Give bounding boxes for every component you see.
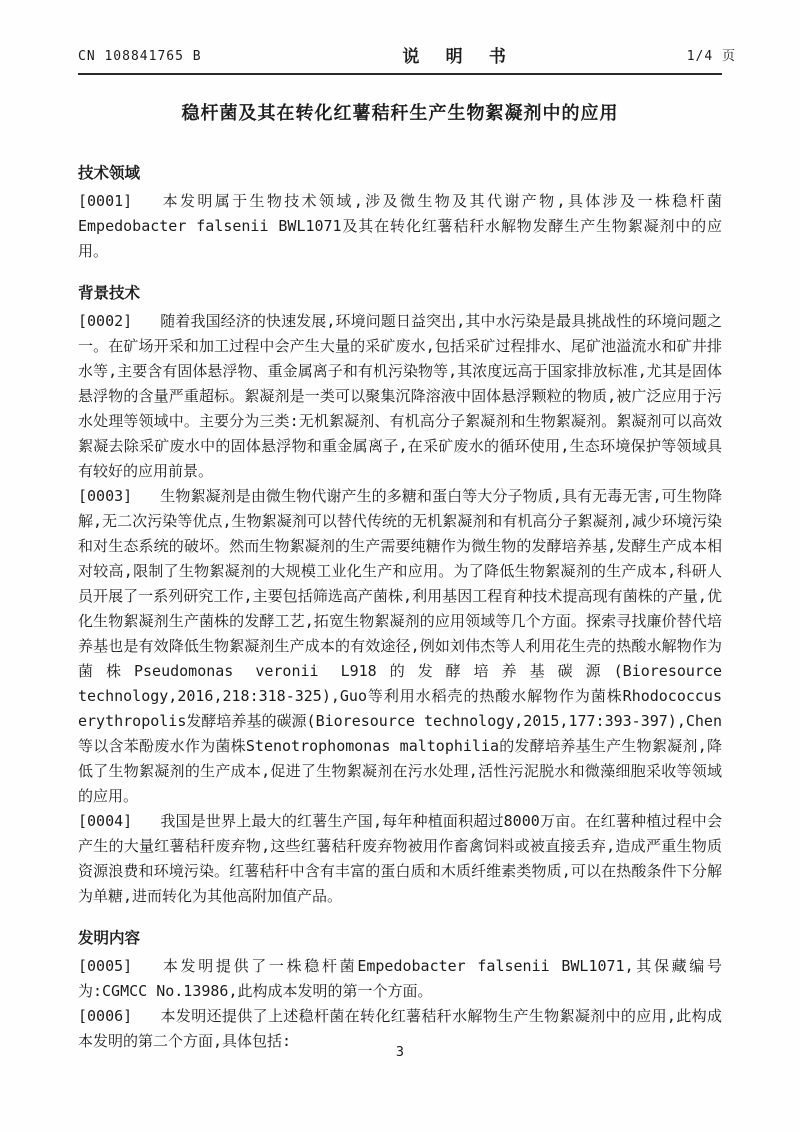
paragraph-text: 本发明属于生物技术领域,涉及微生物及其代谢产物,具体涉及一株稳杆菌Empedob…: [78, 192, 722, 260]
paragraph-0001: [0001]本发明属于生物技术领域,涉及微生物及其代谢产物,具体涉及一株稳杆菌E…: [78, 189, 722, 264]
paragraph-0005: [0005]本发明提供了一株稳杆菌Empedobacter falsenii B…: [78, 954, 722, 1004]
invention-title: 稳杆菌及其在转化红薯秸秆生产生物絮凝剂中的应用: [78, 101, 722, 127]
paragraph-0004: [0004]我国是世界上最大的红薯生产国,每年种植面积超过8000万亩。在红薯种…: [78, 809, 722, 909]
paragraph-text: 本发明提供了一株稳杆菌Empedobacter falsenii BWL1071…: [78, 957, 722, 1000]
section-background-art: 背景技术 [0002]随着我国经济的快速发展,环境问题日益突出,其中水污染是最具…: [78, 281, 722, 909]
paragraph-number: [0005]: [78, 957, 160, 975]
section-heading-background-art: 背景技术: [78, 281, 722, 306]
section-technical-field: 技术领域 [0001]本发明属于生物技术领域,涉及微生物及其代谢产物,具体涉及一…: [78, 161, 722, 264]
paragraph-text: 生物絮凝剂是由微生物代谢产生的多糖和蛋白等大分子物质,具有无毒无害,可生物降解,…: [78, 487, 722, 805]
paragraph-number: [0006]: [78, 1007, 160, 1025]
section-heading-summary-of-invention: 发明内容: [78, 926, 722, 951]
page-header: CN 108841765 B 说 明 书 1/4 页: [78, 48, 722, 75]
paragraph-number: [0003]: [78, 487, 160, 505]
paragraph-text: 我国是世界上最大的红薯生产国,每年种植面积超过8000万亩。在红薯种植过程中会产…: [78, 812, 722, 905]
section-heading-technical-field: 技术领域: [78, 161, 722, 186]
paragraph-number: [0002]: [78, 312, 160, 330]
page-footer: 3: [0, 1044, 800, 1060]
paragraph-0003: [0003]生物絮凝剂是由微生物代谢产生的多糖和蛋白等大分子物质,具有无毒无害,…: [78, 484, 722, 809]
paragraph-text: 随着我国经济的快速发展,环境问题日益突出,其中水污染是最具挑战性的环境问题之一。…: [78, 312, 722, 480]
patent-page: CN 108841765 B 说 明 书 1/4 页 稳杆菌及其在转化红薯秸秆生…: [0, 0, 800, 1132]
paragraph-0002: [0002]随着我国经济的快速发展,环境问题日益突出,其中水污染是最具挑战性的环…: [78, 309, 722, 484]
section-summary-of-invention: 发明内容 [0005]本发明提供了一株稳杆菌Empedobacter false…: [78, 926, 722, 1054]
paragraph-number: [0004]: [78, 812, 160, 830]
patent-number: CN 108841765 B: [78, 48, 202, 66]
page-number: 3: [396, 1044, 404, 1060]
paragraph-number: [0001]: [78, 192, 160, 210]
document-type-title: 说 明 书: [402, 48, 513, 66]
page-indicator: 1/4 页: [687, 48, 736, 66]
